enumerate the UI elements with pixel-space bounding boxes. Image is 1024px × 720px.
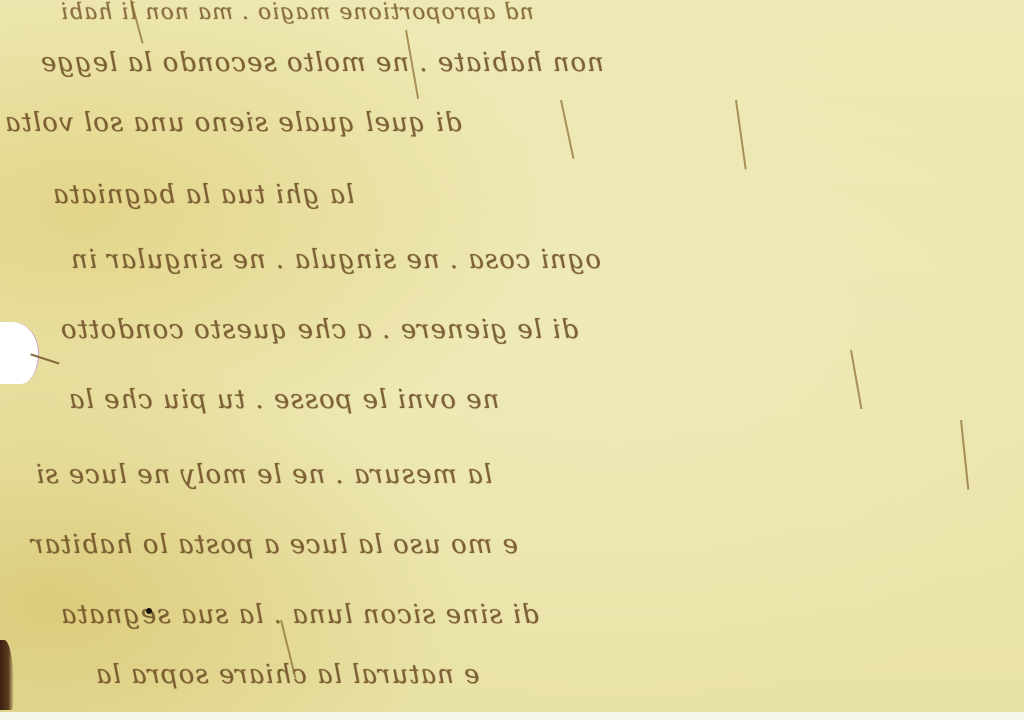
script-line-11: e natural la chiare sopra la — [95, 660, 480, 690]
script-line-4: la ghi tua la bagniata — [52, 180, 354, 210]
scan-border — [0, 712, 1024, 720]
script-line-3: di quel quale sieno una sol volta — [4, 108, 462, 138]
script-line-9: e mo uso la luce a posta lo habitar — [30, 530, 518, 560]
script-line-2: non habiate . ne molto secondo la legge — [40, 48, 604, 78]
script-line-6: di le gienere . a che questo condotto — [60, 315, 578, 345]
script-line-10: di sine sicon luna . la sua segnata — [60, 600, 539, 630]
script-line-7: ne ovni le posse . tu piu che la — [68, 385, 499, 415]
script-line-8: la mesura . ne le moly ne luce si — [35, 460, 492, 490]
script-line-5: ogni cosa . ne singula . ne singular in — [70, 245, 601, 275]
ink-blot — [146, 608, 152, 614]
